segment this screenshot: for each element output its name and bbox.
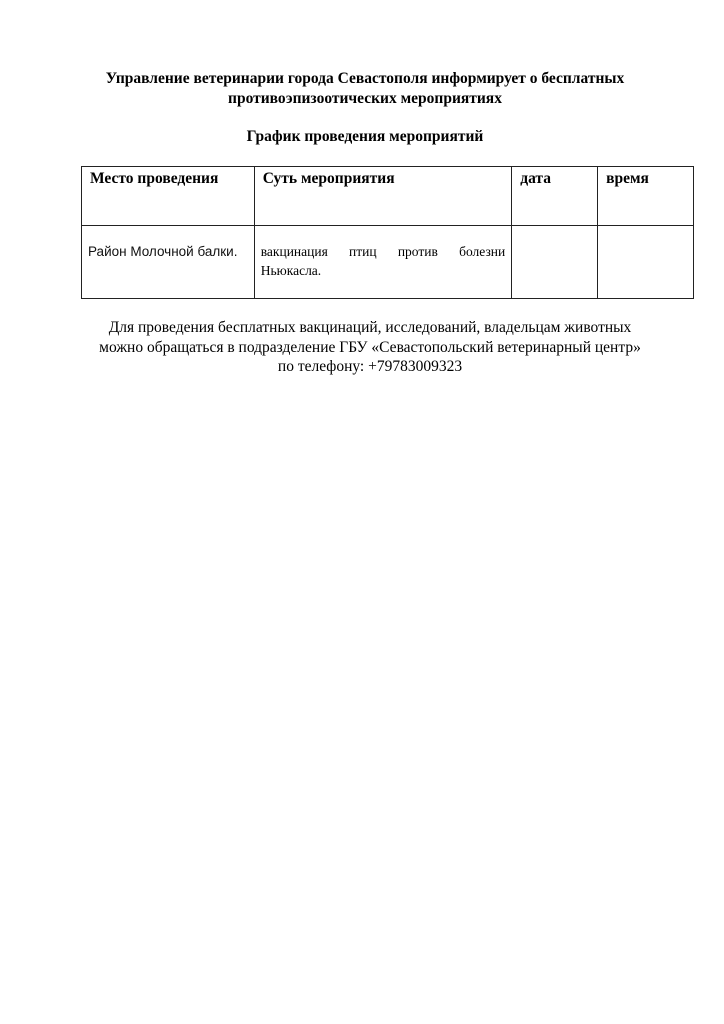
table-row: Район Молочной балки. вакцинация птиц пр… (82, 226, 694, 299)
column-header-time: время (598, 167, 694, 226)
cell-place: Район Молочной балки. (82, 226, 255, 299)
column-header-place: Место проведения (82, 167, 255, 226)
cell-date (512, 226, 598, 299)
column-header-essence: Суть мероприятия (254, 167, 512, 226)
column-header-date: дата (512, 167, 598, 226)
schedule-heading: График проведения мероприятий (30, 127, 700, 147)
cell-essence: вакцинация птиц против болезни Ньюкасла. (254, 226, 512, 299)
essence-text: вакцинация птиц против болезни Ньюкасла. (261, 242, 506, 280)
contact-note: Для проведения бесплатных вакцинаций, ис… (90, 318, 650, 377)
schedule-table: Место проведения Суть мероприятия дата в… (81, 166, 694, 299)
document-title: Управление ветеринарии города Севастопол… (30, 69, 700, 109)
cell-time (598, 226, 694, 299)
place-text: Район Молочной балки. (88, 242, 248, 262)
table-header-row: Место проведения Суть мероприятия дата в… (82, 167, 694, 226)
